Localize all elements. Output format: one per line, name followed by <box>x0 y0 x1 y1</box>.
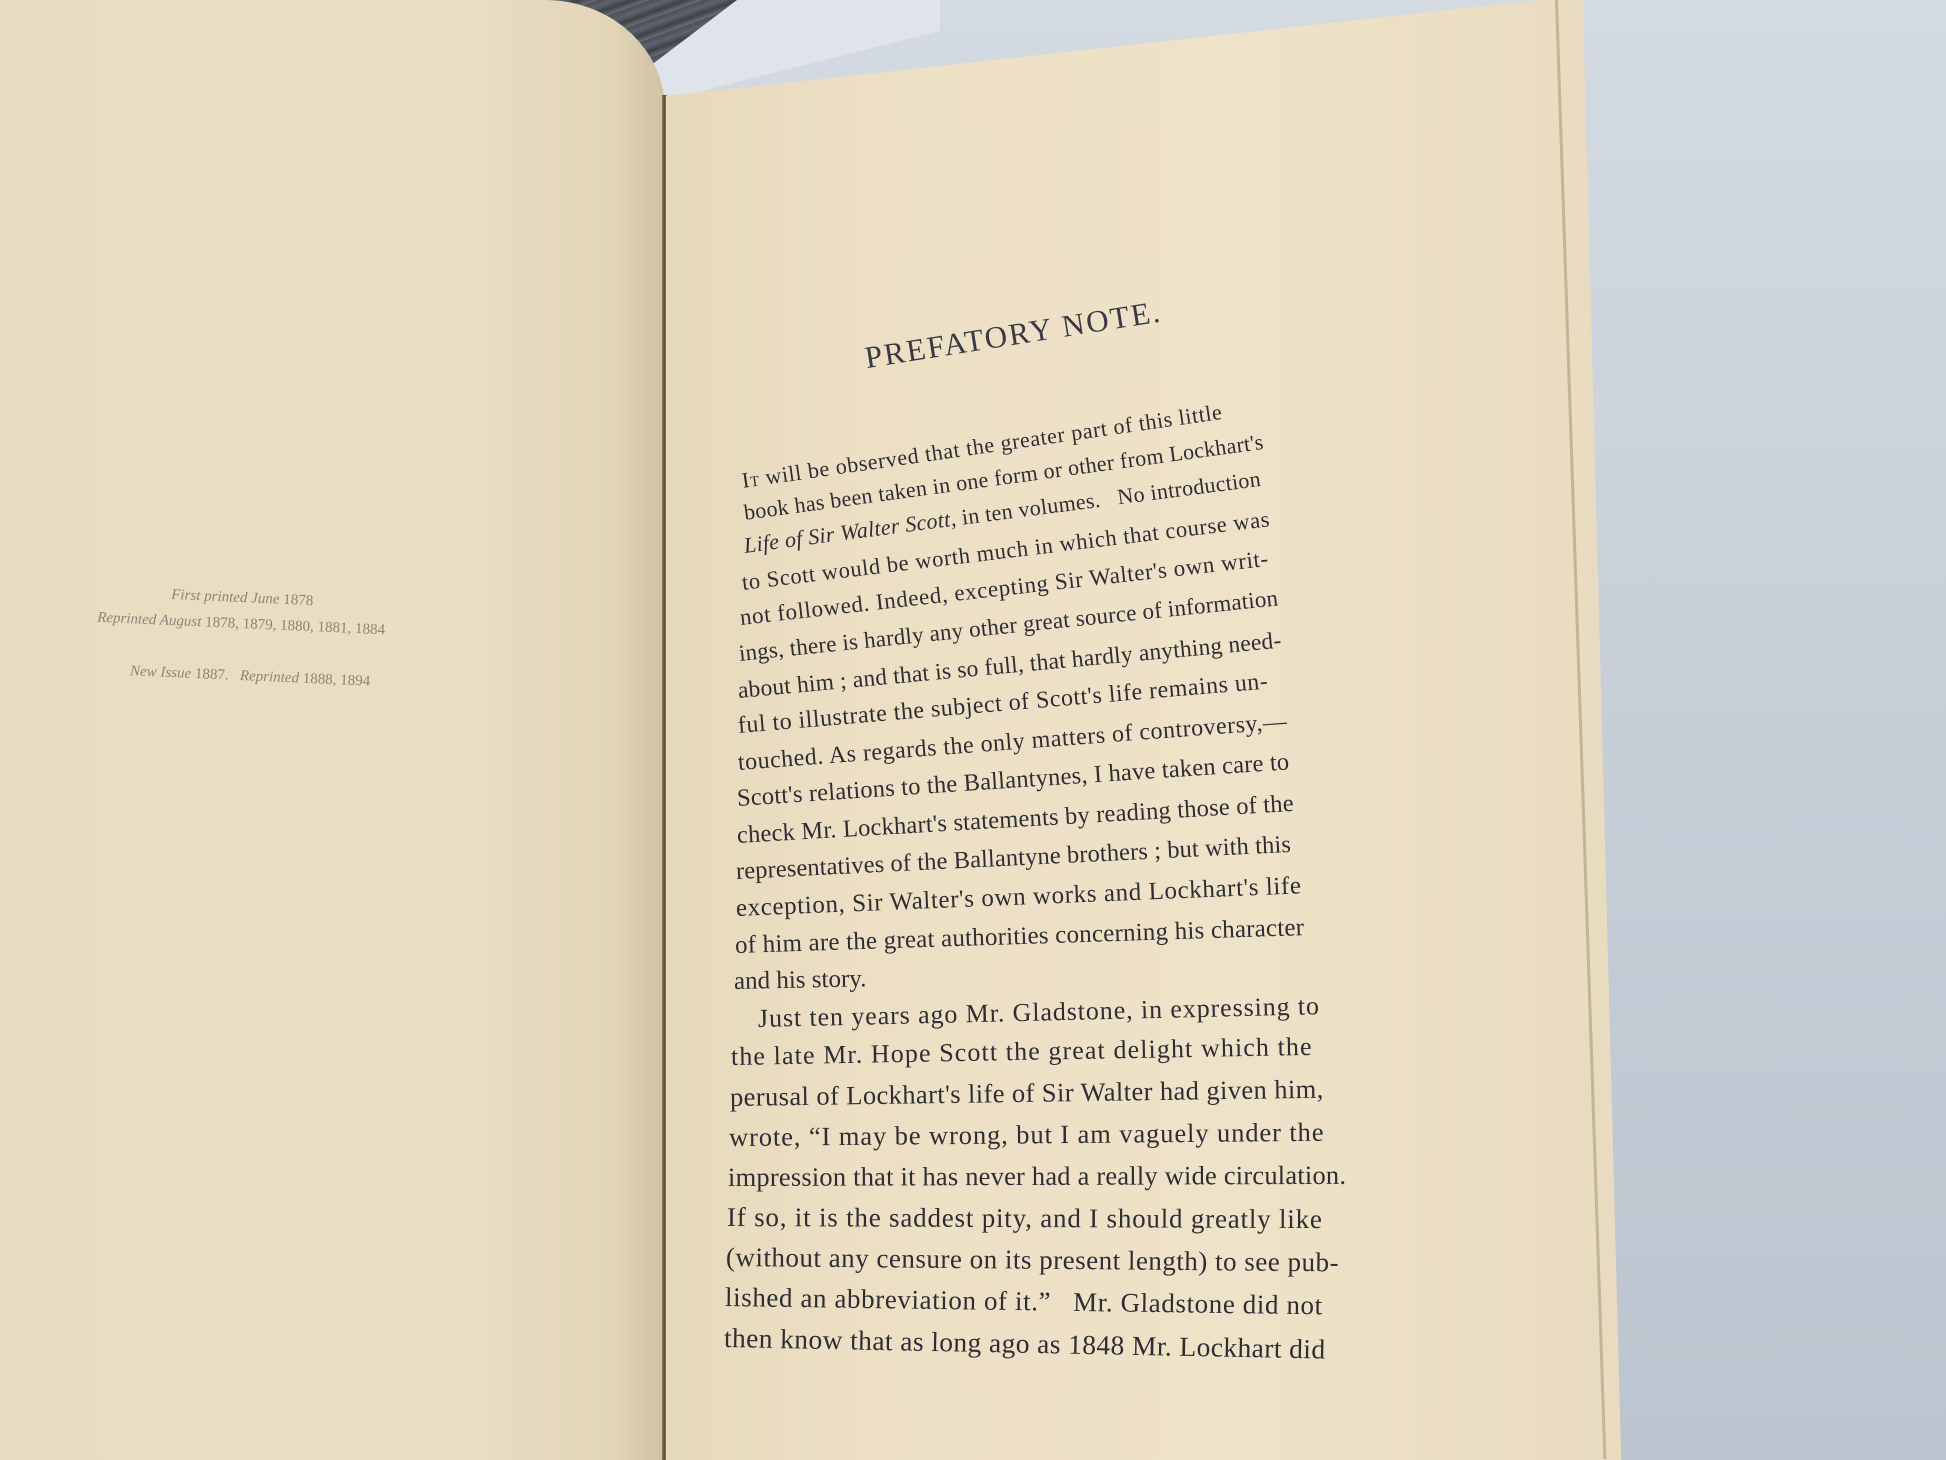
imprint-label: Reprinted <box>240 668 300 687</box>
imprint-years: 1878, 1879, 1880, 1881, 1884 <box>201 614 385 638</box>
text-line: impression that it has never had a reall… <box>728 1160 1346 1193</box>
printing-history-imprint: First printed June 1878 Reprinted August… <box>37 576 442 723</box>
imprint-years: 1878 <box>279 592 313 609</box>
imprint-label: First printed June <box>171 587 280 608</box>
left-page: First printed June 1878 Reprinted August… <box>0 0 665 1460</box>
text-line: If so, it is the saddest pity, and I sho… <box>727 1202 1323 1235</box>
text-line: (without any censure on its present leng… <box>726 1242 1339 1278</box>
imprint-years: 1888, 1894 <box>299 671 371 690</box>
imprint-label: Reprinted August <box>97 610 202 631</box>
imprint-label: New Issue <box>130 663 192 682</box>
text-line: wrote, “I may be wrong, but I am vaguely… <box>729 1117 1325 1153</box>
imprint-years: 1887. <box>191 666 240 684</box>
text-line: and his story. <box>734 965 867 996</box>
